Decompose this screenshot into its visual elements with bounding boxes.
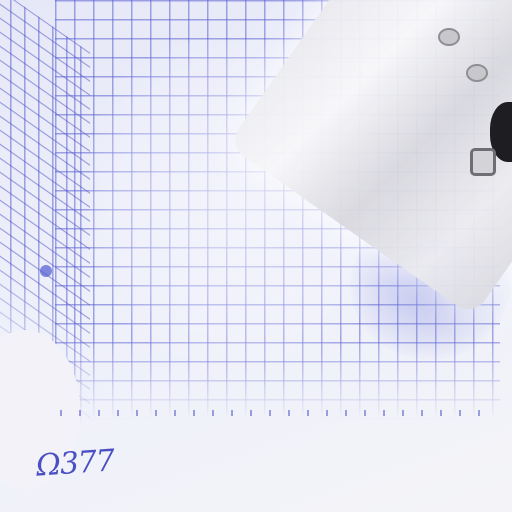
rivet (466, 64, 488, 82)
grid-edge-ticks (60, 410, 480, 416)
handwritten-label: Ω377 (35, 443, 115, 483)
ink-dot (40, 265, 52, 277)
metal-slot (470, 148, 496, 176)
rivet (438, 28, 460, 46)
